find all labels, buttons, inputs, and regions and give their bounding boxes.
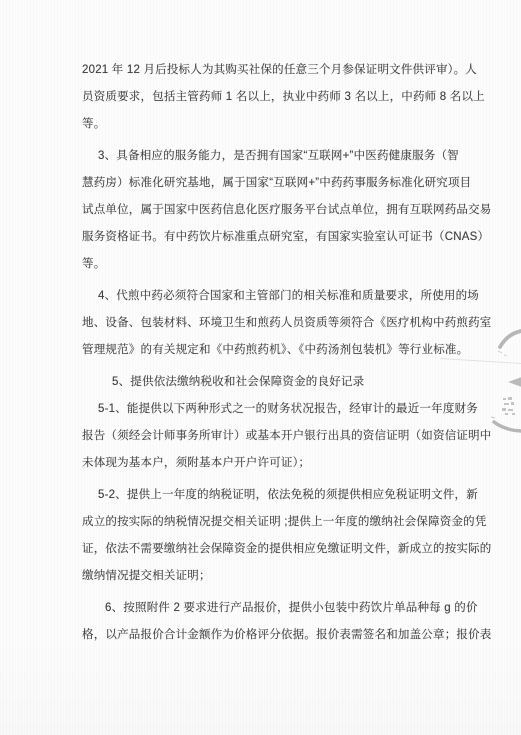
text-line: 5-2、提供上一年度的纳税证明，依法免税的须提供相应免税证明文件，新 bbox=[82, 482, 464, 509]
text-line: 服务资格证书。有中药饮片标准重点研究室，有国家实验室认可证书（CNAS） bbox=[82, 224, 464, 251]
text-line: 等。 bbox=[82, 251, 464, 278]
text-line: 5-1、能提供以下两种形式之一的财务状况报告，经审计的最近一年度财务 bbox=[82, 396, 464, 423]
seal-stamp-icon bbox=[461, 325, 521, 437]
text-line: 等。 bbox=[82, 111, 464, 138]
text-line: 地、设备、包装材料、环境卫生和煎药人员资质等须符合《医疗机构中药煎药室 bbox=[82, 310, 464, 337]
text-line: 慧药房）标准化研究基地，属于国家“互联网+”中药药事服务标准化研究项目 bbox=[82, 170, 464, 197]
text-line: 6、按照附件 2 要求进行产品报价，提供小包装中药饮片单品种每 g 的价 bbox=[82, 595, 464, 622]
text-line: 2021 年 12 月后投标人为其购买社保的任意三个月参保证明文件供评审）。人 bbox=[82, 57, 464, 84]
text-line: 未体现为基本户，须附基本户开户许可证）； bbox=[82, 450, 464, 477]
text-line: 报告（须经会计师事务所审计）或基本开户银行出具的资信证明（如资信证明中 bbox=[82, 423, 464, 450]
text-line: 证，依法不需要缴纳社会保障资金的提供相应免缴证明文件，新成立的按实际的 bbox=[82, 536, 464, 563]
text-line: 3、具备相应的服务能力，是否拥有国家“互联网+”中医药健康服务（智 bbox=[82, 143, 464, 170]
text-line: 5、提供依法缴纳税收和社会保障资金的良好记录 bbox=[82, 369, 464, 396]
text-line: 4、代煎中药必须符合国家和主管部门的相关标准和质量要求，所使用的场 bbox=[82, 283, 464, 310]
document-body: 2021 年 12 月后投标人为其购买社保的任意三个月参保证明文件供评审）。人员… bbox=[82, 57, 464, 649]
text-line: 试点单位，属于国家中医药信息化医疗服务平台试点单位，拥有互联网药品交易 bbox=[82, 197, 464, 224]
text-line: 员资质要求，包括主管药师 1 名以上，执业中药师 3 名以上，中药师 8 名以上 bbox=[82, 84, 464, 111]
text-line: 格，以产品报价合计金额作为价格评分依据。报价表需签名和加盖公章；报价表 bbox=[82, 622, 464, 649]
text-line: 管理规范》的有关规定和《中药煎药机》、《中药汤剂包装机》等行业标准。 bbox=[82, 337, 464, 364]
text-line: 成立的按实际的纳税情况提交相关证明 ;提供上一年度的缴纳社会保障资金的凭 bbox=[82, 509, 464, 536]
text-line: 缴纳情况提交相关证明； bbox=[82, 563, 464, 590]
scan-page: 2021 年 12 月后投标人为其购买社保的任意三个月参保证明文件供评审）。人员… bbox=[0, 0, 521, 735]
